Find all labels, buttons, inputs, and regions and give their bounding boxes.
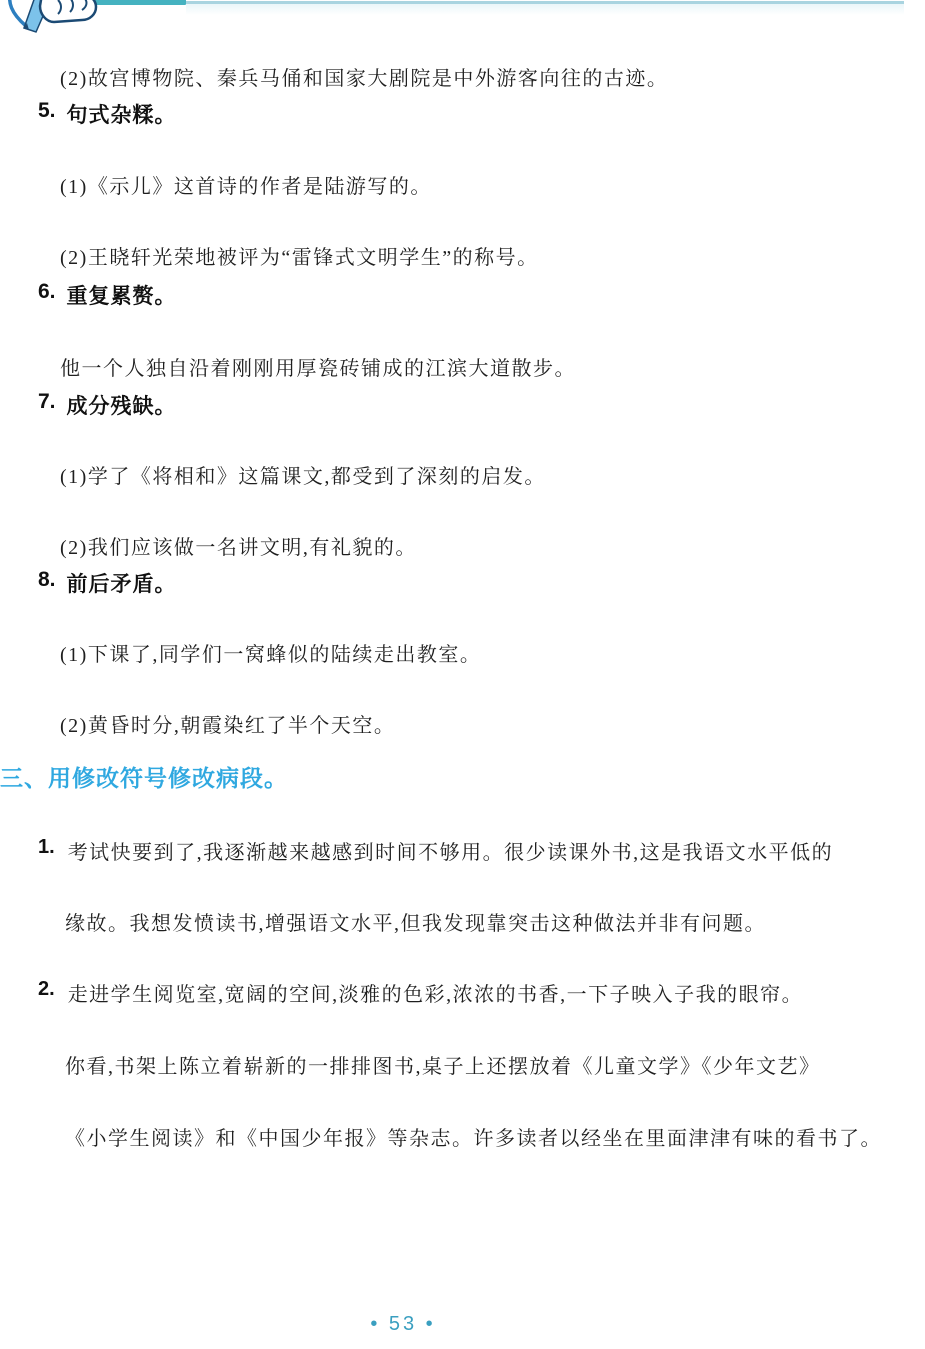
sentence-wangxiaoxuan: (2)王晓轩光荣地被评为“雷锋式文明学生”的称号。 [60,241,539,270]
item-title: 前后矛盾。 [67,568,177,598]
item-number: 8. [38,568,56,598]
sentence-jiangwenming: (2)我们应该做一名讲文明,有礼貌的。 [60,531,417,560]
paragraph-text: 考试快要到了,我逐渐越来越感到时间不够用。很少读课外书,这是我语文水平低的 [68,836,834,865]
item-number: 7. [38,390,56,420]
sentence-xiakele: (1)下课了,同学们一窝蜂似的陆续走出教室。 [60,638,481,667]
item-heading-6: 6. 重复累赘。 [38,280,177,310]
paragraph-number: 1. [38,836,55,865]
paragraph-text: 走进学生阅览室,宽阔的空间,淡雅的色彩,浓浓的书香,一下子映入子我的眼帘。 [68,978,804,1007]
item-heading-7: 7. 成分残缺。 [38,390,177,420]
workbook-page: (2)故宫博物院、秦兵马俑和国家大剧院是中外游客向往的古迹。 5. 句式杂糅。 … [0,0,925,1349]
paragraph-number: 2. [38,978,55,1007]
item-heading-5: 5. 句式杂糅。 [38,99,177,129]
sentence-gugong: (2)故宫博物院、秦兵马俑和国家大剧院是中外游客向往的古迹。 [60,62,668,91]
hand-holding-pencil-icon [2,0,102,36]
item-title: 句式杂糅。 [67,99,177,129]
sentence-sanbu: 他一个人独自沿着刚刚用厚瓷砖铺成的江滨大道散步。 [60,352,576,381]
sentence-shier: (1)《示儿》这首诗的作者是陆游写的。 [60,170,432,199]
paragraph-2-line-1: 2. 走进学生阅览室,宽阔的空间,淡雅的色彩,浓浓的书香,一下子映入子我的眼帘。 [38,978,803,1007]
item-number: 5. [38,99,56,129]
item-title: 重复累赘。 [67,280,177,310]
paragraph-2-line-2: 你看,书架上陈立着崭新的一排排图书,桌子上还摆放着《儿童文学》《少年文艺》 [65,1050,821,1079]
paragraph-1-line-2: 缘故。我想发愤读书,增强语文水平,但我发现靠突击这种做法并非有问题。 [65,907,766,936]
section-heading-3: 三、用修改符号修改病段。 [0,760,288,793]
item-heading-8: 8. 前后矛盾。 [38,568,177,598]
header-wash [186,4,904,16]
sentence-huanghun: (2)黄昏时分,朝霞染红了半个天空。 [60,709,395,738]
page-number: • 53 • [343,1313,463,1336]
paragraph-2-line-3: 《小学生阅读》和《中国少年报》等杂志。许多读者以经坐在里面津津有味的看书了。 [65,1122,882,1151]
item-title: 成分残缺。 [67,390,177,420]
paragraph-1-line-1: 1. 考试快要到了,我逐渐越来越感到时间不够用。很少读课外书,这是我语文水平低的 [38,836,833,865]
item-number: 6. [38,280,56,310]
sentence-jiangxianghe: (1)学了《将相和》这篇课文,都受到了深刻的启发。 [60,460,546,489]
